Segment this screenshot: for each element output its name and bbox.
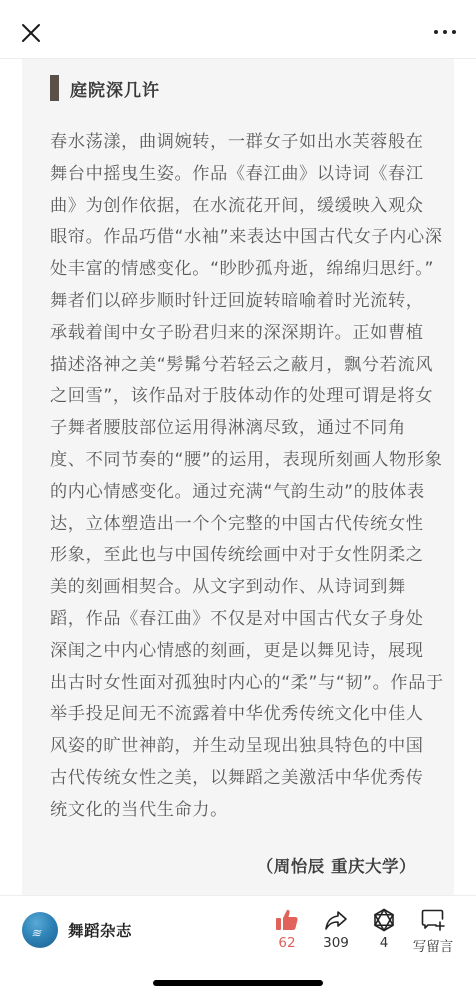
paragraph-line: 舞者们以碎步顺时针迂回旋转暗喻着时光流转，	[50, 286, 430, 318]
section-heading: 庭院深几许	[50, 75, 160, 101]
paragraph-line: 眼帘。作品巧借“水袖”来表达中国古代女子内心深	[50, 222, 430, 254]
wow-button[interactable]: 4	[356, 908, 412, 951]
section-heading-bar	[50, 75, 59, 101]
avatar: ≋	[22, 912, 58, 948]
account-link[interactable]: ≋ 舞蹈杂志	[22, 912, 132, 948]
paragraph-line: 美的刻画相契合。从文字到动作、从诗词到舞	[50, 572, 430, 604]
paragraph-line: 承载着闺中女子盼君归来的深深期许。正如曹植	[50, 318, 430, 350]
paragraph-line: 的内心情感变化。通过充满“气韵生动”的肢体表	[50, 477, 430, 509]
paragraph-line: 蹈，作品《春江曲》不仅是对中国古代女子身处	[50, 604, 430, 636]
paragraph-line: 达，立体塑造出一个个完整的中国古代传统女性	[50, 509, 430, 541]
thumbs-up-icon	[275, 908, 299, 932]
paragraph-line: 风姿的旷世神韵，并生动呈现出独具特色的中国	[50, 731, 430, 763]
paragraph-line: 度、不同节奏的“腰”的运用，表现所刻画人物形象	[50, 445, 430, 477]
article-paragraph: 春水荡漾，曲调婉转，一群女子如出水芙蓉般在 舞台中摇曳生姿。作品《春江曲》以诗词…	[50, 127, 430, 827]
top-navigation-bar	[0, 0, 476, 59]
paragraph-line: 描述洛神之美“髣髴兮若轻云之蔽月，飘兮若流风	[50, 350, 430, 382]
paragraph-line: 曲》为创作依据，在水流花开间，缓缓映入观众	[50, 191, 430, 223]
close-button[interactable]	[20, 22, 42, 44]
paragraph-line: 舞台中摇曳生姿。作品《春江曲》以诗词《春江	[50, 159, 430, 191]
account-name: 舞蹈杂志	[68, 919, 132, 941]
share-count: 309	[323, 935, 349, 951]
close-icon	[20, 22, 42, 44]
paragraph-line: 春水荡漾，曲调婉转，一群女子如出水芙蓉般在	[50, 127, 430, 159]
write-comment-label: 写留言	[413, 935, 454, 955]
paragraph-line: 处丰富的情感变化。“眇眇孤舟逝，绵绵归思纡。”	[50, 254, 430, 286]
paragraph-line: 古代传统女性之美，以舞蹈之美激活中华优秀传	[50, 763, 430, 795]
section-title: 庭院深几许	[70, 76, 160, 101]
author-signature: （周怡辰 重庆大学）	[257, 853, 416, 877]
paragraph-line: 形象，至此也与中国传统绘画中对于女性阴柔之	[50, 540, 430, 572]
comment-add-icon	[421, 908, 445, 932]
wow-icon	[372, 908, 396, 932]
like-count: 62	[278, 935, 295, 951]
home-indicator[interactable]	[153, 980, 323, 986]
more-horizontal-icon	[434, 30, 438, 34]
more-options-button[interactable]	[434, 30, 456, 36]
paragraph-line: 统文化的当代生命力。	[50, 795, 430, 827]
like-button[interactable]: 62	[259, 908, 315, 951]
article-content: 庭院深几许 春水荡漾，曲调婉转，一群女子如出水芙蓉般在 舞台中摇曳生姿。作品《春…	[22, 59, 454, 895]
wow-count: 4	[380, 935, 389, 951]
share-icon	[324, 908, 348, 932]
paragraph-line: 子舞者腰肢部位运用得淋漓尽致，通过不同角	[50, 413, 430, 445]
write-comment-button[interactable]: 写留言	[405, 908, 461, 955]
paragraph-line: 出古时女性面对孤独时内心的“柔”与“韧”。作品于	[50, 668, 430, 700]
paragraph-line: 举手投足间无不流露着中华优秀传统文化中佳人	[50, 699, 430, 731]
avatar-logo-icon: ≋	[31, 926, 41, 940]
paragraph-line: 之回雪”，该作品对于肢体动作的处理可谓是将女	[50, 381, 430, 413]
paragraph-line: 深闺之中内心情感的刻画，更是以舞见诗，展现	[50, 636, 430, 668]
